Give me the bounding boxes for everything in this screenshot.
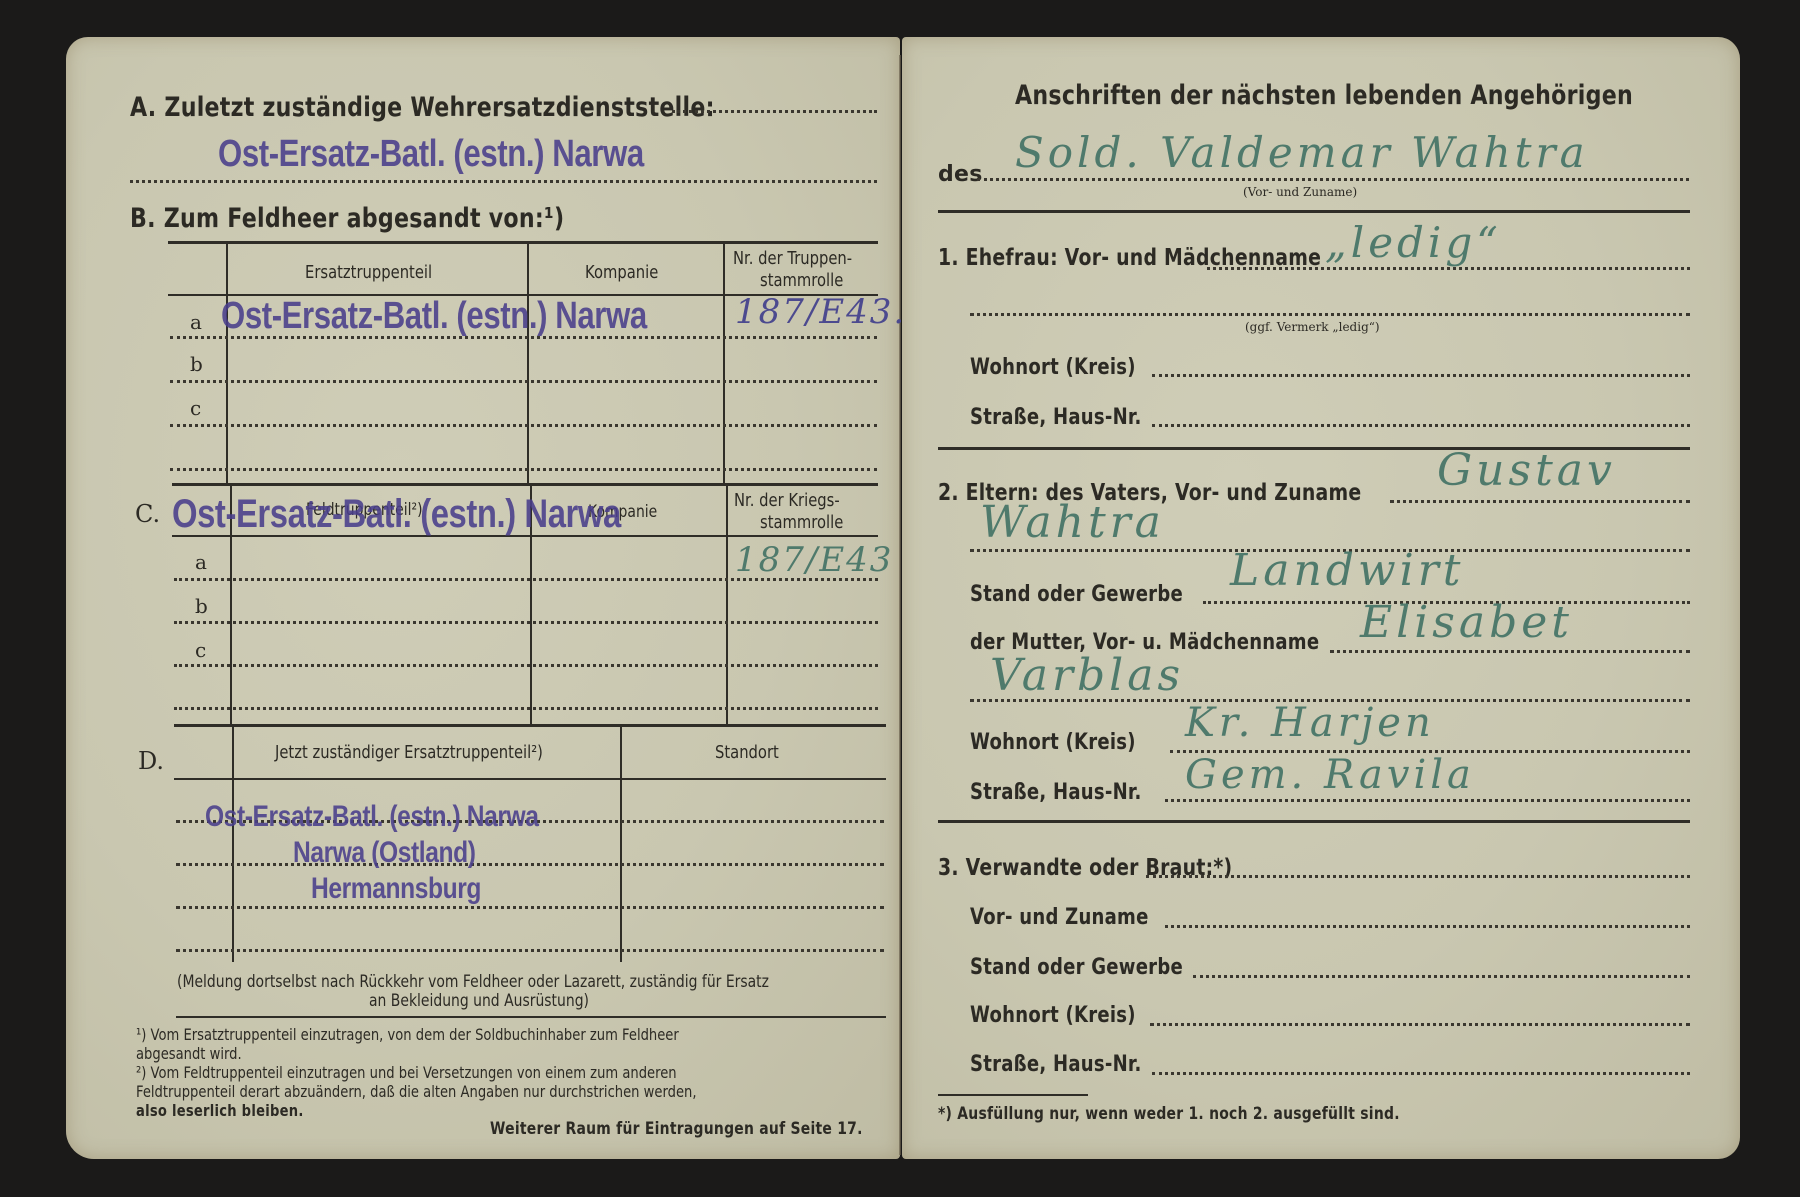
section-1-caption: (ggf. Vermerk „ledig“) — [1245, 320, 1380, 334]
section-c-label: C. — [135, 500, 160, 528]
wohnort-value: Kr. Harjen — [1185, 700, 1435, 746]
section-2-strasse-label: Straße, Haus-Nr. — [970, 780, 1142, 805]
section-3-wohnort-label: Wohnort (Kreis) — [970, 1003, 1136, 1028]
stand-value: Landwirt — [1230, 545, 1464, 596]
section-a-entry-line — [130, 180, 877, 183]
mother-first-name: Elisabet — [1360, 597, 1573, 648]
strasse-value: Gem. Ravila — [1185, 752, 1475, 798]
table-b-stamp: Ost-Ersatz-Batl. (estn.) Narwa — [221, 295, 647, 338]
section-2-strasse-line — [1165, 799, 1690, 802]
table-b-header-nr-1: Nr. der Truppen- — [733, 248, 852, 269]
book-fold — [899, 55, 901, 1155]
soldier-name-line — [977, 178, 1689, 181]
table-c-header-nr-2: stammrolle — [760, 512, 843, 533]
section-1-wohnort-line — [1152, 374, 1690, 377]
section-d-label: D. — [138, 747, 164, 775]
continuation-note: Weiterer Raum für Eintragungen auf Seite… — [490, 1119, 863, 1139]
section-d-note-line-2: an Bekleidung und Ausrüstung) — [369, 991, 589, 1011]
table-d-row-line — [176, 949, 884, 952]
table-b-col-divider — [527, 241, 529, 484]
table-c-row-line — [174, 664, 878, 667]
section-1-strasse-label: Straße, Haus-Nr. — [970, 405, 1142, 430]
table-b-top-rule — [168, 241, 878, 244]
section-3-name-line — [1165, 925, 1690, 928]
table-c-row-label-b: b — [195, 594, 208, 618]
table-d-header-ersatztruppenteil: Jetzt zuständiger Ersatztruppenteil²) — [275, 742, 543, 763]
table-d-stamp-line-3: Hermannsburg — [311, 872, 481, 906]
section-b-label: B. Zum Feldheer abgesandt von:¹) — [130, 203, 564, 234]
table-b-header-ersatztruppenteil: Ersatztruppenteil — [305, 262, 432, 283]
section-3-stand-label: Stand oder Gewerbe — [970, 955, 1183, 980]
table-b-col-divider — [723, 241, 725, 484]
page-title: Anschriften der nächsten lebenden Angehö… — [1015, 80, 1633, 111]
section-1-value: „ledig“ — [1325, 218, 1502, 267]
table-b-col-divider — [226, 241, 228, 484]
section-a-dotted-line — [672, 110, 877, 113]
section-a-stamp: Ost-Ersatz-Batl. (estn.) Narwa — [218, 133, 644, 176]
section-rule — [938, 210, 1690, 213]
mother-line — [1330, 650, 1690, 653]
footnote-rule — [176, 1016, 886, 1018]
table-d-col-divider — [232, 724, 234, 962]
section-3-strasse-label: Straße, Haus-Nr. — [970, 1052, 1142, 1077]
table-c-row-line — [174, 707, 878, 710]
footnote-2-line-1: ²) Vom Feldtruppenteil einzutragen und b… — [136, 1063, 677, 1082]
section-2-father-line — [1390, 500, 1690, 503]
table-d-col-divider — [620, 724, 622, 962]
section-1-strasse-line — [1152, 424, 1690, 427]
soldier-name: Sold. Valdemar Wahtra — [1015, 128, 1589, 177]
table-b-row-label-c: c — [190, 396, 201, 420]
table-c-row-line — [174, 621, 878, 624]
table-d-header-standort: Standort — [715, 742, 779, 763]
father-last-name: Wahtra — [980, 497, 1165, 548]
section-3-wohnort-line — [1150, 1023, 1690, 1026]
table-c-row-label-a: a — [195, 550, 207, 574]
section-2-wohnort-label: Wohnort (Kreis) — [970, 730, 1136, 755]
table-c-row-label-c: c — [195, 638, 206, 662]
table-d-row-line — [176, 906, 884, 909]
table-c-stammrolle-value: 187/E43 — [735, 540, 893, 580]
section-a-label: A. Zuletzt zuständige Wehrersatzdienstst… — [130, 92, 715, 123]
table-b-row-label-b: b — [190, 352, 203, 376]
section-1-name-line — [1207, 267, 1690, 270]
table-b-row-label-a: a — [190, 310, 202, 334]
footnote-2-line-2: Feldtruppenteil derart abzuändern, daß d… — [136, 1082, 697, 1101]
table-c-stamp: Ost-Ersatz-Batl. (estn.) Narwa — [172, 492, 621, 537]
father-first-name: Gustav — [1437, 445, 1616, 496]
table-c-top-rule — [172, 483, 878, 486]
table-d-row-line — [176, 863, 884, 866]
table-c-header-nr-1: Nr. der Kriegs- — [734, 490, 840, 511]
table-d-stamp-line-1: Ost-Ersatz-Batl. (estn.) Narwa — [205, 800, 539, 834]
section-rule — [938, 820, 1690, 823]
mother-last-name: Varblas — [990, 650, 1184, 701]
table-b-header-nr-2: stammrolle — [760, 270, 843, 291]
footnote-2-line-3: also leserlich bleiben. — [136, 1101, 304, 1120]
table-b-stammrolle-value: 187/E43. — [735, 292, 906, 332]
section-1-second-line — [970, 313, 1690, 316]
table-b-header-kompanie: Kompanie — [585, 262, 658, 283]
table-d-top-rule — [174, 724, 886, 727]
table-c-col-divider — [726, 483, 728, 726]
section-3-stand-line — [1193, 975, 1690, 978]
right-footnote: *) Ausfüllung nur, wenn weder 1. noch 2.… — [938, 1104, 1400, 1124]
section-3-name-label: Vor- und Zuname — [970, 905, 1149, 930]
section-1-wohnort-label: Wohnort (Kreis) — [970, 355, 1136, 380]
section-d-note-line-1: (Meldung dortselbst nach Rückkehr vom Fe… — [177, 972, 769, 992]
table-d-stamp-line-2: Narwa (Ostland) — [293, 836, 475, 870]
footnote-1-line-2: abgesandt wird. — [136, 1044, 242, 1063]
section-3-line — [1146, 875, 1690, 878]
footnote-1-line-1: ¹) Vom Ersatztruppenteil einzutragen, vo… — [136, 1025, 679, 1044]
section-3-strasse-line — [1152, 1072, 1690, 1075]
des-label: des — [938, 162, 983, 187]
table-b-row-line — [170, 424, 877, 427]
table-b-row-line — [170, 468, 877, 471]
table-b-row-line — [170, 380, 877, 383]
footnote-rule-right — [938, 1094, 1088, 1096]
stand-label: Stand oder Gewerbe — [970, 582, 1183, 607]
name-caption: (Vor- und Zuname) — [1243, 185, 1357, 199]
table-d-header-rule — [174, 778, 886, 780]
